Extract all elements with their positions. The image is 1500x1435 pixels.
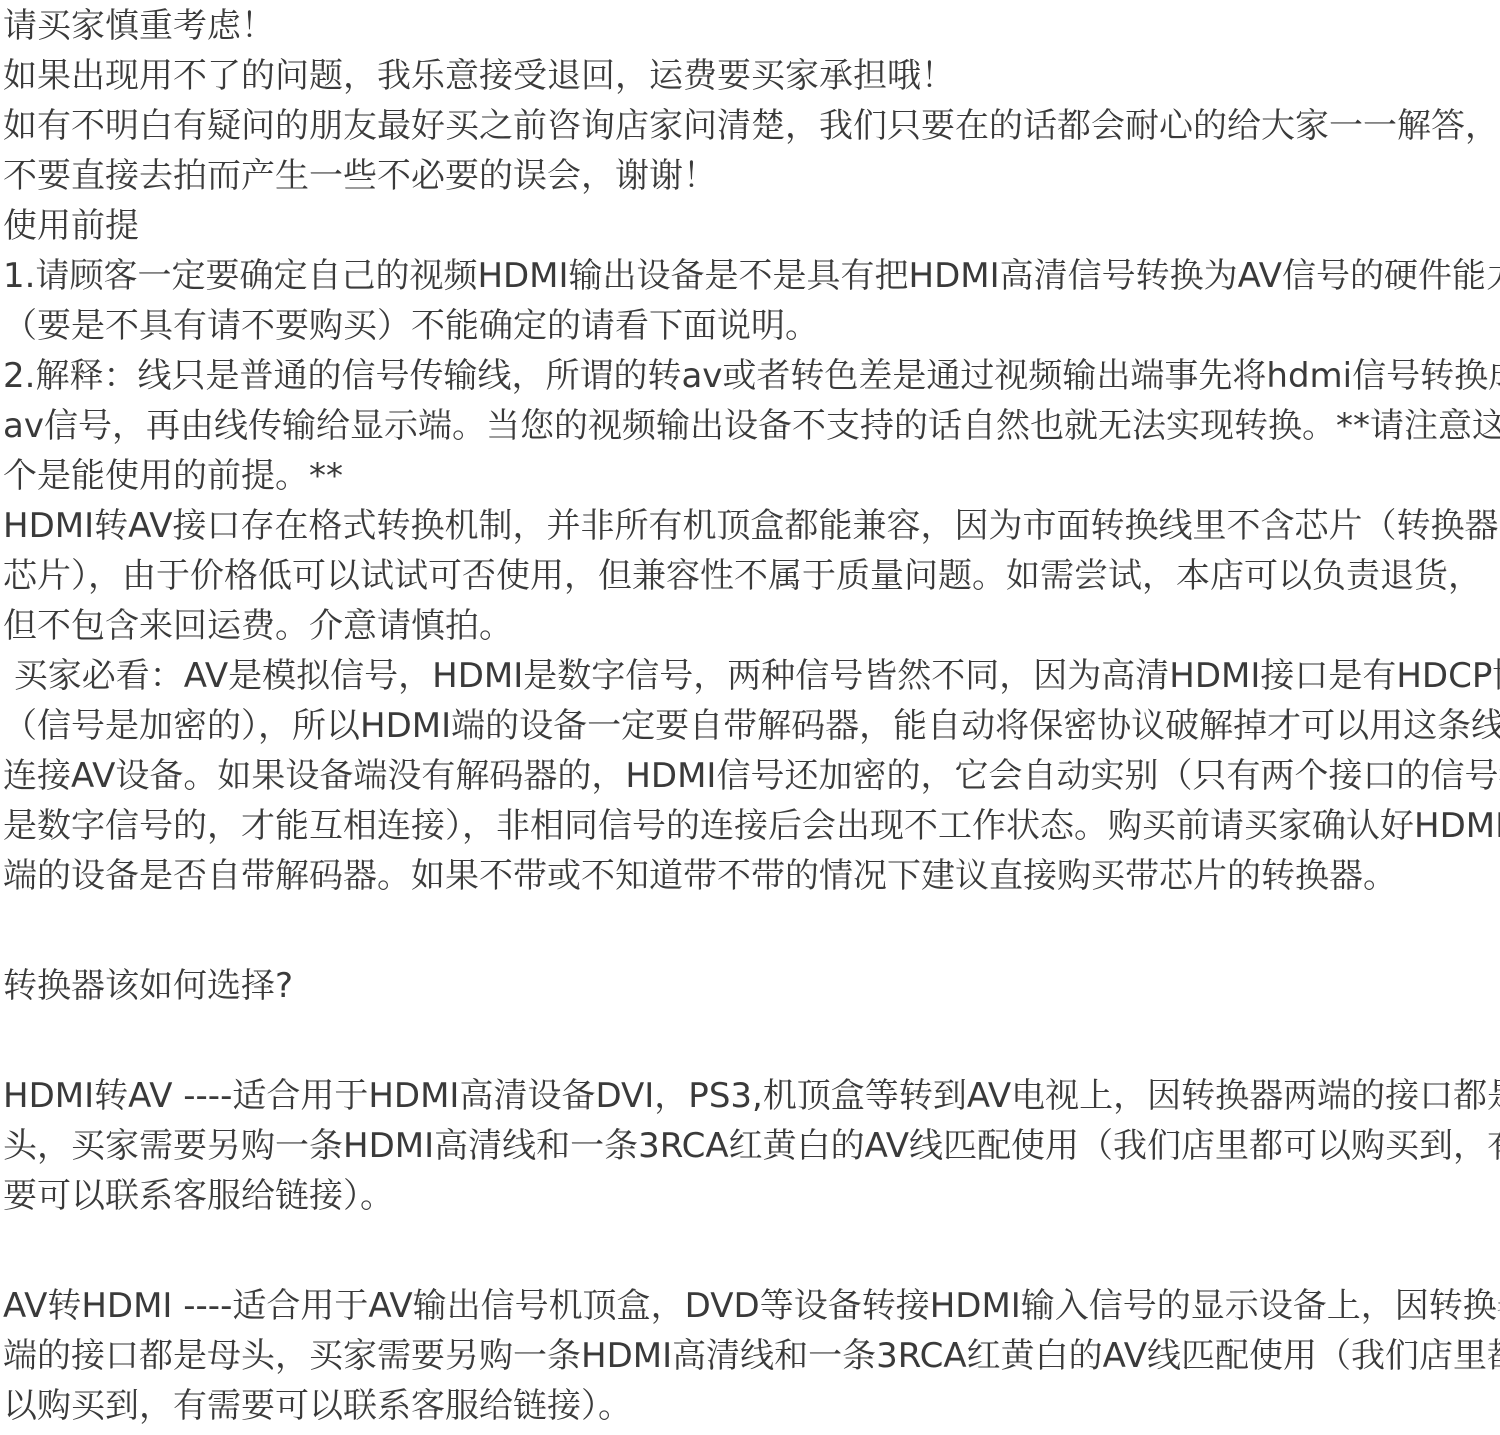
paragraph-buyer-notice: 请买家慎重考虑！ 如果出现用不了的问题，我乐意接受退回，运费要买家承担哦！ 如有…	[3, 1, 1500, 901]
text-line: 但不包含来回运费。介意请慎拍。	[3, 601, 1500, 651]
product-description-page: 请买家慎重考虑！ 如果出现用不了的问题，我乐意接受退回，运费要买家承担哦！ 如有…	[0, 0, 1500, 1435]
description-text: 请买家慎重考虑！ 如果出现用不了的问题，我乐意接受退回，运费要买家承担哦！ 如有…	[3, 1, 1500, 1431]
paragraph-converter-question: 转换器该如何选择?	[3, 961, 1500, 1011]
text-line: 2.解释：线只是普通的信号传输线，所谓的转av或者转色差是通过视频输出端事先将h…	[3, 351, 1500, 401]
text-line: （要是不具有请不要购买）不能确定的请看下面说明。	[3, 301, 1500, 351]
text-line: 端的设备是否自带解码器。如果不带或不知道带不带的情况下建议直接购买带芯片的转换器…	[3, 851, 1500, 901]
text-line: AV转HDMI ----适合用于AV输出信号机顶盒，DVD等设备转接HDMI输入…	[3, 1281, 1500, 1331]
text-line: （信号是加密的），所以HDMI端的设备一定要自带解码器，能自动将保密协议破解掉才…	[3, 701, 1500, 751]
paragraph-hdmi-to-av: HDMI转AV ----适合用于HDMI高清设备DVI，PS3,机顶盒等转到AV…	[3, 1071, 1500, 1221]
text-line: 芯片），由于价格低可以试试可否使用，但兼容性不属于质量问题。如需尝试，本店可以负…	[3, 551, 1500, 601]
text-line: 连接AV设备。如果设备端没有解码器的，HDMI信号还加密的，它会自动实别（只有两…	[3, 751, 1500, 801]
text-line: 如果出现用不了的问题，我乐意接受退回，运费要买家承担哦！	[3, 51, 1500, 101]
paragraph-av-to-hdmi: AV转HDMI ----适合用于AV输出信号机顶盒，DVD等设备转接HDMI输入…	[3, 1281, 1500, 1431]
text-line: 请买家慎重考虑！	[3, 1, 1500, 51]
text-line: 要可以联系客服给链接）。	[3, 1171, 1500, 1221]
text-line: 1.请顾客一定要确定自己的视频HDMI输出设备是不是具有把HDMI高清信号转换为…	[3, 251, 1500, 301]
text-line: 使用前提	[3, 201, 1500, 251]
text-line: 头，买家需要另购一条HDMI高清线和一条3RCA红黄白的AV线匹配使用（我们店里…	[3, 1121, 1500, 1171]
text-line: 不要直接去拍而产生一些不必要的误会，谢谢！	[3, 151, 1500, 201]
text-line: av信号，再由线传输给显示端。当您的视频输出设备不支持的话自然也就无法实现转换。…	[3, 401, 1500, 451]
text-line: 个是能使用的前提。**	[3, 451, 1500, 501]
text-line: HDMI转AV接口存在格式转换机制，并非所有机顶盒都能兼容，因为市面转换线里不含…	[3, 501, 1500, 551]
text-line: 端的接口都是母头，买家需要另购一条HDMI高清线和一条3RCA红黄白的AV线匹配…	[3, 1331, 1500, 1381]
text-line: HDMI转AV ----适合用于HDMI高清设备DVI，PS3,机顶盒等转到AV…	[3, 1071, 1500, 1121]
text-line: 买家必看：AV是模拟信号，HDMI是数字信号，两种信号皆然不同，因为高清HDMI…	[3, 651, 1500, 701]
text-line: 是数字信号的，才能互相连接），非相同信号的连接后会出现不工作状态。购买前请买家确…	[3, 801, 1500, 851]
text-line: 以购买到，有需要可以联系客服给链接）。	[3, 1381, 1500, 1431]
text-line: 转换器该如何选择?	[3, 961, 1500, 1011]
text-line: 如有不明白有疑问的朋友最好买之前咨询店家问清楚，我们只要在的话都会耐心的给大家一…	[3, 101, 1500, 151]
